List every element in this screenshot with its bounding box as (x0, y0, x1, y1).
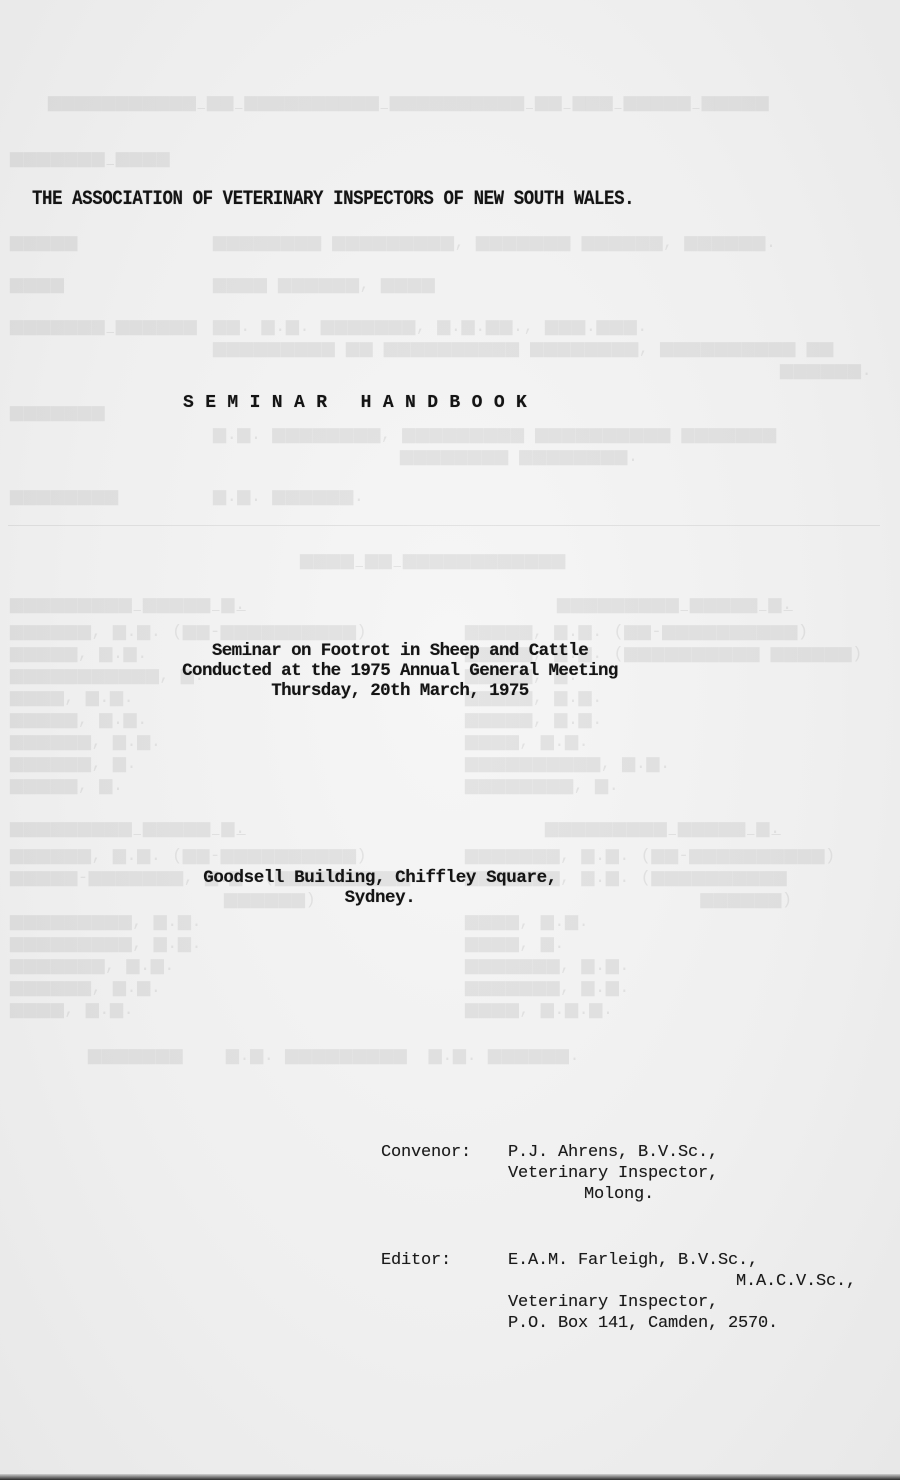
editor-qualification: M.A.C.V.Sc., (736, 1271, 856, 1292)
seminar-occasion: Conducted at the 1975 Annual General Mee… (0, 661, 800, 681)
document-page: ▆▆▆▆▆▆▆▆▆▆▆ ▆▆ ▆▆▆▆▆▆▆▆▆▆ ▆▆▆▆▆▆▆▆▆▆ ▆▆ … (0, 0, 900, 1480)
editor-position: Veterinary Inspector, (508, 1292, 718, 1313)
venue-address: Goodsell Building, Chiffley Square, (0, 868, 760, 888)
seminar-date: Thursday, 20th March, 1975 (0, 681, 800, 701)
venue: Goodsell Building, Chiffley Square, Sydn… (0, 868, 760, 908)
editor-name: E.A.M. Farleigh, B.V.Sc., (508, 1250, 758, 1271)
venue-city: Sydney. (0, 888, 760, 908)
seminar-topic: Seminar on Footrot in Sheep and Cattle (0, 641, 800, 661)
page-bottom-edge (0, 1474, 900, 1480)
convenor-credit: Convenor: P.J. Ahrens, B.V.Sc., Veterina… (381, 1142, 881, 1222)
convenor-name: P.J. Ahrens, B.V.Sc., (508, 1142, 718, 1163)
convenor-position: Veterinary Inspector, (508, 1163, 718, 1184)
convenor-location: Molong. (584, 1184, 654, 1205)
editor-label: Editor: (381, 1250, 451, 1271)
editor-address: P.O. Box 141, Camden, 2570. (508, 1313, 778, 1334)
seminar-description: Seminar on Footrot in Sheep and Cattle C… (0, 641, 800, 701)
editor-credit: Editor: E.A.M. Farleigh, B.V.Sc., M.A.C.… (381, 1250, 900, 1360)
handbook-title: SEMINAR HANDBOOK (183, 393, 538, 413)
organization-title: THE ASSOCIATION OF VETERINARY INSPECTORS… (32, 189, 634, 211)
convenor-label: Convenor: (381, 1142, 471, 1163)
